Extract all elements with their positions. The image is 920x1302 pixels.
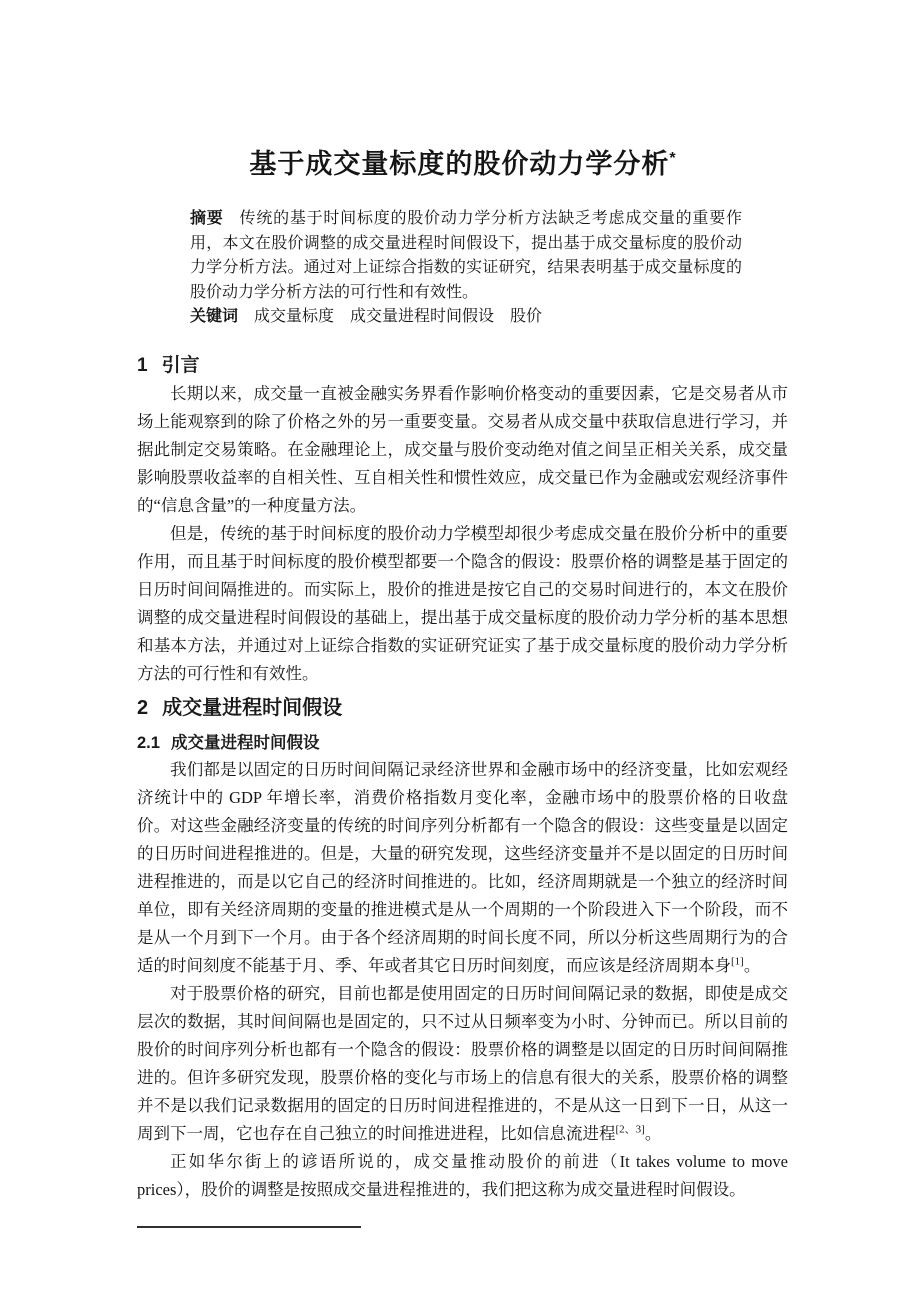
subsection-title: 成交量进程时间假设 xyxy=(171,734,320,752)
text-run: 成交量进程时间假设 xyxy=(350,308,494,325)
text-run: 对于股票价格的研究，目前也都是使用固定的日历时间间隔记录的数据，即使是成交层次的… xyxy=(137,984,788,1143)
text-run: 正如华尔街上的谚语所说的，成交量推动股价的前进（It takes volume … xyxy=(137,1152,788,1199)
inline-label: 关键词 xyxy=(190,308,238,325)
subsection-number: 2.1 xyxy=(137,734,160,752)
subsection-heading-volume-process-time: 2.1成交量进程时间假设 xyxy=(137,732,788,754)
text-run: 股价 xyxy=(510,308,542,325)
text-run: 我们都是以固定的日历时间间隔记录经济世界和金融市场中的经济变量，比如宏观经济统计… xyxy=(137,760,788,975)
section-title: 成交量进程时间假设 xyxy=(162,697,342,719)
section-number: 2 xyxy=(137,697,148,719)
title-text: 基于成交量标度的股价动力学分析 xyxy=(249,149,669,179)
document-title: 基于成交量标度的股价动力学分析* xyxy=(137,142,788,181)
section-title: 引言 xyxy=(162,355,200,376)
text-run: 长期以来，成交量一直被金融实务界看作影响价格变动的重要因素，它是交易者从市场上能… xyxy=(137,384,788,515)
title-footnote-marker: * xyxy=(669,150,675,167)
introduction-paragraphs: 长期以来，成交量一直被金融实务界看作影响价格变动的重要因素，它是交易者从市场上能… xyxy=(137,380,788,688)
footnote-separator xyxy=(137,1226,361,1228)
paragraph: 正如华尔街上的谚语所说的，成交量推动股价的前进（It takes volume … xyxy=(137,1148,788,1204)
section-heading-volume-process-time: 2成交量进程时间假设 xyxy=(137,694,788,722)
inline-label: 摘要 xyxy=(190,210,224,227)
document-page: 基于成交量标度的股价动力学分析* 摘要传统的基于时间标度的股价动力学分析方法缺乏… xyxy=(0,0,920,1302)
citation-superscript: [2、3] xyxy=(616,1123,645,1135)
text-run: 成交量标度 xyxy=(254,308,334,325)
section-heading-introduction: 1引言 xyxy=(137,354,788,378)
volume-process-time-paragraphs: 我们都是以固定的日历时间间隔记录经济世界和金融市场中的经济变量，比如宏观经济统计… xyxy=(137,756,788,1204)
text-run: 。 xyxy=(744,956,761,975)
section-number: 1 xyxy=(137,355,148,376)
text-run: 传统的基于时间标度的股价动力学分析方法缺乏考虑成交量的重要作用，本文在股价调整的… xyxy=(190,210,742,301)
paragraph: 长期以来，成交量一直被金融实务界看作影响价格变动的重要因素，它是交易者从市场上能… xyxy=(137,380,788,520)
citation-superscript: [1] xyxy=(731,955,744,967)
paragraph: 对于股票价格的研究，目前也都是使用固定的日历时间间隔记录的数据，即使是成交层次的… xyxy=(137,980,788,1148)
text-run: 但是，传统的基于时间标度的股价动力学模型却很少考虑成交量在股价分析中的重要作用，… xyxy=(137,524,788,683)
abstract-block: 摘要传统的基于时间标度的股价动力学分析方法缺乏考虑成交量的重要作用，本文在股价调… xyxy=(190,207,742,330)
text-run: 。 xyxy=(645,1124,662,1143)
paragraph: 关键词成交量标度成交量进程时间假设股价 xyxy=(190,305,742,330)
paragraph: 摘要传统的基于时间标度的股价动力学分析方法缺乏考虑成交量的重要作用，本文在股价调… xyxy=(190,207,742,305)
paragraph: 我们都是以固定的日历时间间隔记录经济世界和金融市场中的经济变量，比如宏观经济统计… xyxy=(137,756,788,980)
paragraph: 但是，传统的基于时间标度的股价动力学模型却很少考虑成交量在股价分析中的重要作用，… xyxy=(137,520,788,688)
